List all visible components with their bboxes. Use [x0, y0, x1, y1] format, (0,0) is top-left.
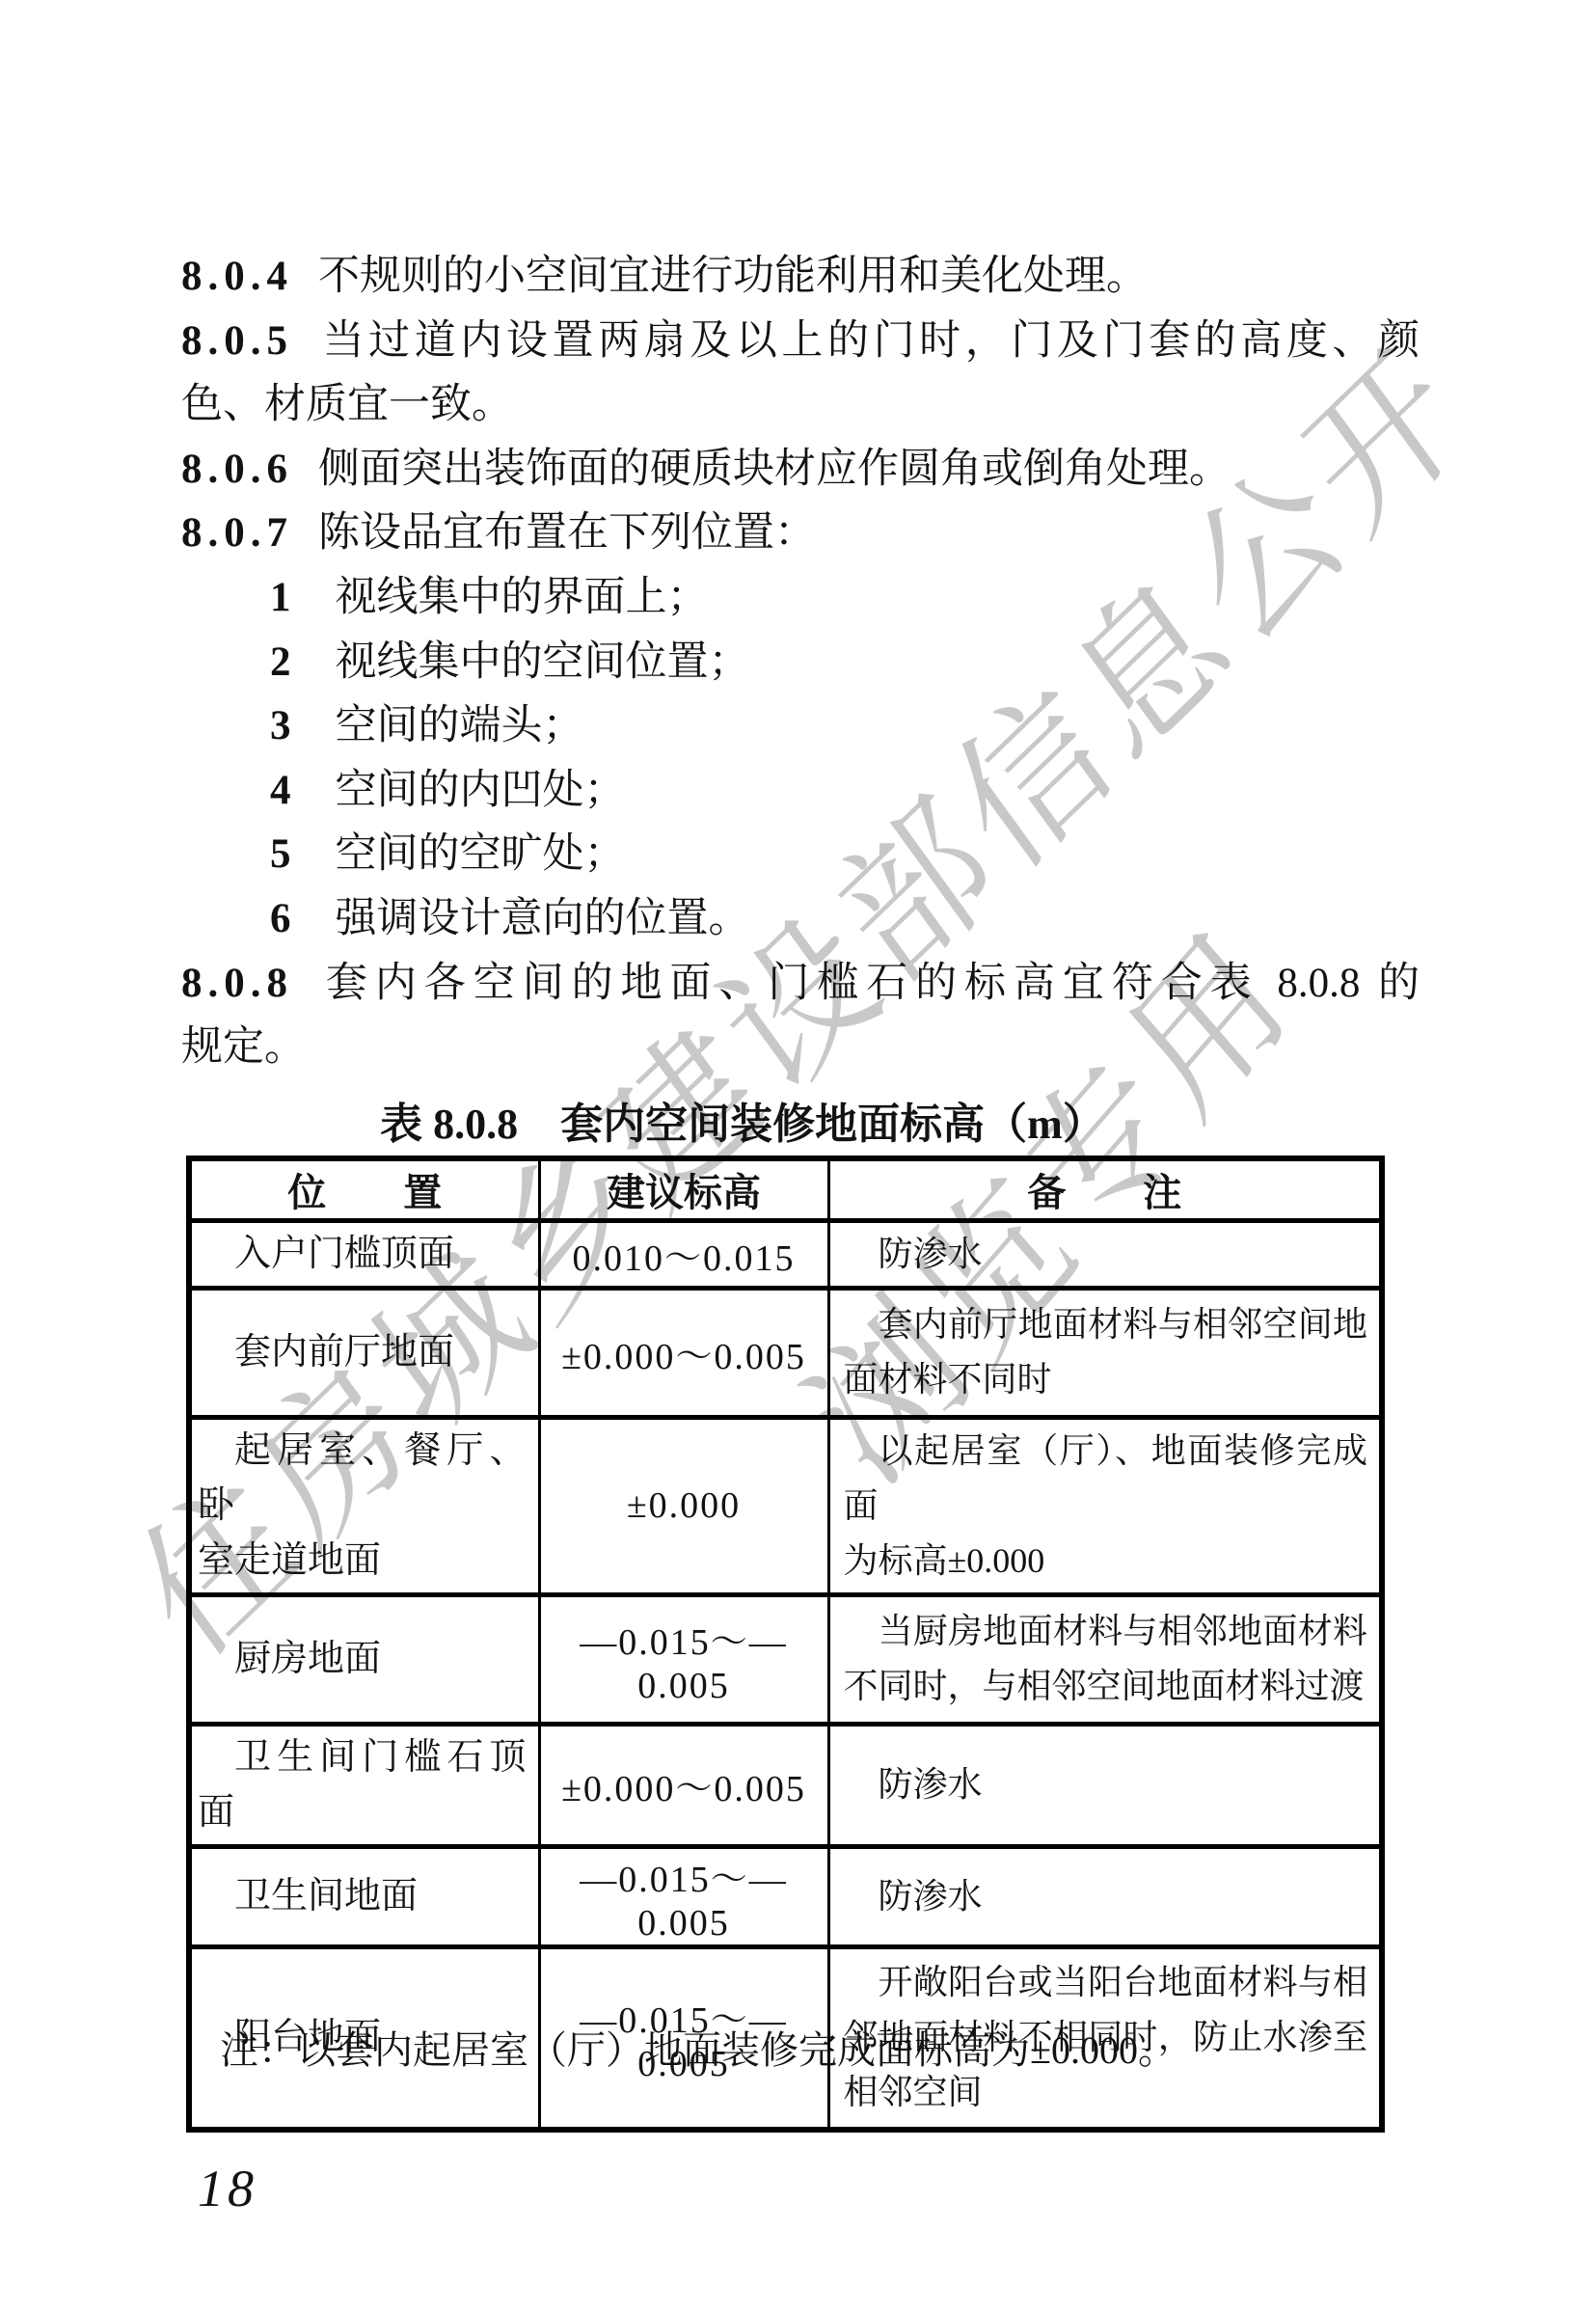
clause-number: 5: [270, 831, 291, 877]
clause-number: 4: [270, 768, 291, 813]
clause-line: 3空间的端头；: [181, 694, 1420, 759]
cell-text-line: 面材料不同时: [844, 1352, 1368, 1407]
cell-text-line: 起居室、餐厅、卧: [198, 1424, 527, 1534]
table-row: 套内前厅地面±0.000～0.005套内前厅地面材料与相邻空间地面材料不同时: [189, 1288, 1382, 1417]
cell-elevation: 0.010～0.015: [539, 1220, 828, 1288]
cell-text-line: 开敞阳台或当阳台地面材料与相: [844, 1955, 1368, 2010]
clause-line: 8.0.4不规则的小空间宜进行功能利用和美化处理。: [181, 245, 1420, 310]
clause-text: 空间的内凹处；: [336, 768, 626, 813]
cell-remark: 防渗水: [828, 1220, 1382, 1288]
table-note: 注：以套内起居室（厅）地面装修完成面标高为±0.000。: [220, 2026, 1406, 2076]
clause-number: 2: [270, 639, 291, 685]
cell-elevation: —0.015～—0.005: [539, 1846, 828, 1946]
elevation-table: 位 置建议标高备 注 入户门槛顶面0.010～0.015防渗水套内前厅地面±0.…: [186, 1155, 1385, 2133]
cell-text-line: 厨房地面: [198, 1632, 527, 1687]
table-body: 入户门槛顶面0.010～0.015防渗水套内前厅地面±0.000～0.005套内…: [189, 1220, 1382, 2130]
cell-location: 套内前厅地面: [189, 1288, 539, 1417]
table-header-row: 位 置建议标高备 注: [189, 1158, 1382, 1220]
clause-number: 8.0.7: [181, 510, 293, 556]
cell-location: 起居室、餐厅、卧室走道地面: [189, 1417, 539, 1594]
cell-text-line: 室走道地面: [198, 1534, 527, 1589]
clause-number: 8.0.8: [181, 961, 293, 1006]
clause-line: 5空间的空旷处；: [181, 823, 1420, 887]
cell-elevation: ±0.000～0.005: [539, 1288, 828, 1417]
table-row: 卫生间门槛石顶面±0.000～0.005防渗水: [189, 1724, 1382, 1846]
clause-text: 侧面突出装饰面的硬质块材应作圆角或倒角处理。: [318, 447, 1231, 492]
table-row: 起居室、餐厅、卧室走道地面±0.000以起居室（厅）、地面装修完成面为标高±0.…: [189, 1417, 1382, 1594]
clause-number: 8.0.4: [181, 254, 293, 299]
cell-text-line: 防渗水: [844, 1227, 1368, 1282]
clause-number: 1: [270, 575, 291, 620]
table-header-cell: 建议标高: [539, 1158, 828, 1220]
table-header-cell: 位 置: [189, 1158, 539, 1220]
clause-line: 8.0.5当过道内设置两扇及以上的门时，门及门套的高度、颜: [181, 310, 1420, 374]
cell-elevation: ±0.000: [539, 1417, 828, 1594]
page-content: 8.0.4不规则的小空间宜进行功能利用和美化处理。8.0.5当过道内设置两扇及以…: [0, 0, 1596, 2311]
cell-remark: 以起居室（厅）、地面装修完成面为标高±0.000: [828, 1417, 1382, 1594]
clause-text: 套内各空间的地面、门槛石的标高宜符合表 8.0.8 的: [318, 961, 1420, 1006]
clause-text: 规定。: [181, 1024, 306, 1070]
cell-text-line: 入户门槛顶面: [198, 1227, 527, 1282]
cell-text-line: 防渗水: [844, 1757, 1368, 1812]
cell-location: 卫生间地面: [189, 1846, 539, 1946]
clause-number: 8.0.5: [181, 318, 293, 364]
clause-text: 不规则的小空间宜进行功能利用和美化处理。: [318, 254, 1148, 299]
cell-text-line: 不同时，与相邻空间地面材料过渡: [844, 1659, 1368, 1714]
cell-remark: 当厨房地面材料与相邻地面材料不同时，与相邻空间地面材料过渡: [828, 1594, 1382, 1724]
cell-remark: 防渗水: [828, 1724, 1382, 1846]
table-row: 厨房地面—0.015～—0.005当厨房地面材料与相邻地面材料不同时，与相邻空间…: [189, 1594, 1382, 1724]
cell-location: 入户门槛顶面: [189, 1220, 539, 1288]
cell-text-line: 为标高±0.000: [844, 1534, 1368, 1589]
clause-text: 空间的空旷处；: [336, 831, 626, 877]
cell-elevation: —0.015～—0.005: [539, 1594, 828, 1724]
clause-text-block: 8.0.4不规则的小空间宜进行功能利用和美化处理。8.0.5当过道内设置两扇及以…: [181, 245, 1420, 1080]
clause-line: 6强调设计意向的位置。: [181, 887, 1420, 952]
document-page: 住房城乡建设部信息公开 浏览专用 8.0.4不规则的小空间宜进行功能利用和美化处…: [0, 0, 1596, 2311]
cell-text-line: 套内前厅地面材料与相邻空间地: [844, 1297, 1368, 1352]
clause-text: 视线集中的界面上；: [336, 575, 709, 620]
cell-text-line: 卫生间地面: [198, 1869, 527, 1924]
clause-line: 8.0.8套内各空间的地面、门槛石的标高宜符合表 8.0.8 的: [181, 952, 1420, 1017]
table-row: 卫生间地面—0.015～—0.005防渗水: [189, 1846, 1382, 1946]
cell-location: 卫生间门槛石顶面: [189, 1724, 539, 1846]
clause-number: 3: [270, 703, 291, 748]
cell-elevation: ±0.000～0.005: [539, 1724, 828, 1846]
clause-line: 4空间的内凹处；: [181, 759, 1420, 824]
continuation-line: 规定。: [181, 1016, 1420, 1080]
cell-text-line: 套内前厅地面: [198, 1325, 527, 1380]
table-header-cell: 备 注: [828, 1158, 1382, 1220]
clause-text: 当过道内设置两扇及以上的门时，门及门套的高度、颜: [318, 318, 1420, 364]
cell-remark: 防渗水: [828, 1846, 1382, 1946]
clause-text: 陈设品宜布置在下列位置：: [318, 510, 816, 556]
cell-text-line: 卫生间门槛石顶面: [198, 1730, 527, 1840]
cell-text-line: 以起居室（厅）、地面装修完成面: [844, 1424, 1368, 1534]
table-title: 表 8.0.8 套内空间装修地面标高（m）: [145, 1098, 1340, 1152]
clause-text: 视线集中的空间位置；: [336, 639, 750, 685]
clause-text: 强调设计意向的位置。: [336, 896, 750, 941]
cell-text-line: 防渗水: [844, 1869, 1368, 1924]
page-number: 18: [198, 2159, 257, 2218]
clause-text: 色、材质宜一致。: [181, 382, 513, 427]
clause-line: 8.0.6侧面突出装饰面的硬质块材应作圆角或倒角处理。: [181, 438, 1420, 503]
cell-remark: 套内前厅地面材料与相邻空间地面材料不同时: [828, 1288, 1382, 1417]
clause-line: 2视线集中的空间位置；: [181, 631, 1420, 695]
continuation-line: 色、材质宜一致。: [181, 373, 1420, 438]
clause-text: 空间的端头；: [336, 703, 584, 748]
clause-number: 6: [270, 896, 291, 941]
clause-line: 1视线集中的界面上；: [181, 566, 1420, 631]
clause-number: 8.0.6: [181, 447, 293, 492]
table-row: 入户门槛顶面0.010～0.015防渗水: [189, 1220, 1382, 1288]
clause-line: 8.0.7陈设品宜布置在下列位置：: [181, 502, 1420, 566]
cell-location: 厨房地面: [189, 1594, 539, 1724]
cell-text-line: 当厨房地面材料与相邻地面材料: [844, 1604, 1368, 1659]
